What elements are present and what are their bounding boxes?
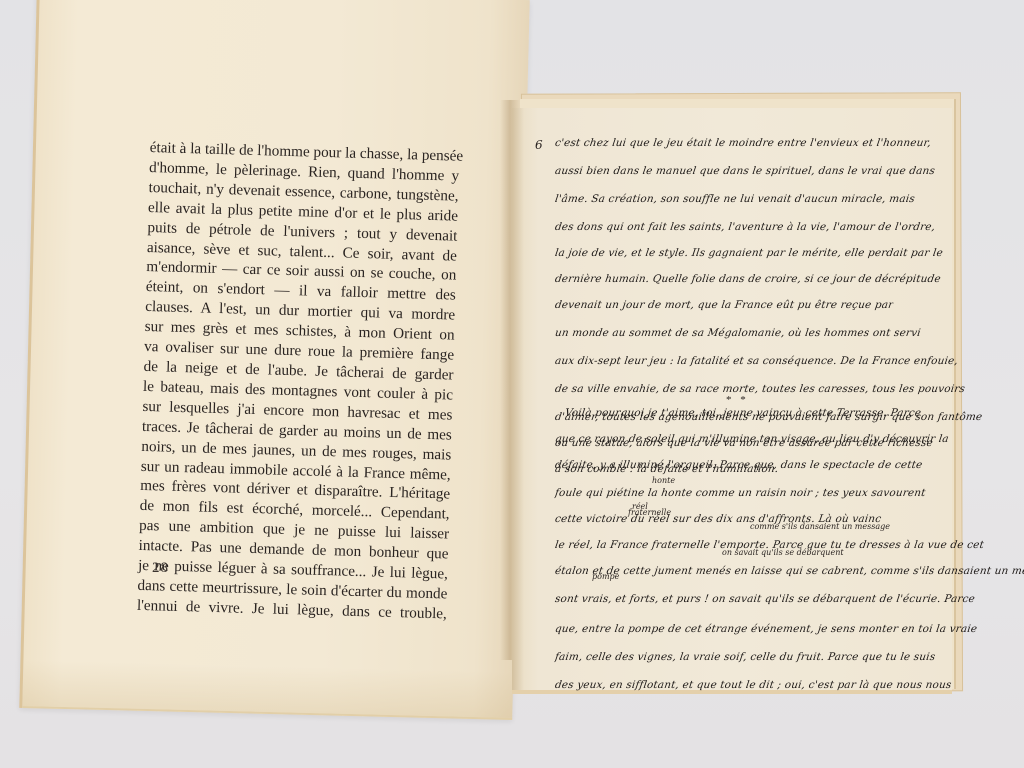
- printed-text-block: était à la taille de l'homme pour la cha…: [137, 138, 460, 624]
- handwritten-line: des dons qui ont fait les saints, l'aven…: [554, 220, 936, 234]
- handwritten-line: c'est chez lui que le jeu était le moind…: [554, 136, 932, 150]
- handwritten-line: devenait un jour de mort, que la France …: [554, 298, 894, 312]
- handwritten-line: sont vrais, et forts, et purs ! on savai…: [554, 592, 976, 606]
- section-break-asterisks: * *: [726, 394, 749, 406]
- handwritten-line: aux dix-sept leur jeu : la fatalité et s…: [554, 354, 959, 368]
- handwritten-line: défaite, y a illuminé l'orgueil. Parce q…: [554, 458, 923, 472]
- interlinear-correction: pompe: [592, 572, 619, 581]
- handwritten-line: des yeux, en sifflotant, et que tout le …: [554, 678, 952, 692]
- handwritten-line: de sa ville envahie, de sa race morte, t…: [554, 382, 966, 396]
- interlinear-correction: fraternelle: [628, 508, 671, 517]
- handwritten-line: que ce rayon de soleil qui m'illumine to…: [554, 432, 950, 446]
- page-number: 28: [152, 560, 169, 577]
- book-photograph: était à la taille de l'homme pour la cha…: [0, 0, 1024, 768]
- handwritten-line: faim, celle des vignes, la vraie soif, c…: [554, 650, 936, 664]
- folio-number: 6: [535, 138, 543, 152]
- handwritten-line: foule qui piétine la honte comme un rais…: [554, 486, 927, 500]
- interlinear-correction: comme s'ils dansaient un message: [750, 522, 890, 531]
- handwritten-line: dernière humain. Quelle folie dans de cr…: [554, 272, 942, 286]
- handwritten-line: un monde au sommet de sa Mégalomanie, où…: [554, 326, 922, 340]
- interlinear-correction: honte: [652, 476, 675, 485]
- handwritten-line: aussi bien dans le manuel que dans le sp…: [554, 164, 936, 178]
- handwritten-line: la joie de vie, et le style. Ils gagnaie…: [554, 246, 944, 260]
- handwritten-line: que, entre la pompe de cet étrange événe…: [554, 622, 978, 636]
- interlinear-correction: on savait qu'ils se débarquent: [722, 548, 844, 557]
- handwritten-line: l'âme. Sa création, son souffle ne lui v…: [554, 192, 916, 206]
- handwritten-line: Voilà pourquoi je t'aime, toi, jeune vai…: [564, 406, 922, 420]
- handwritten-line: étalon et de cette jument menés en laiss…: [554, 564, 1024, 578]
